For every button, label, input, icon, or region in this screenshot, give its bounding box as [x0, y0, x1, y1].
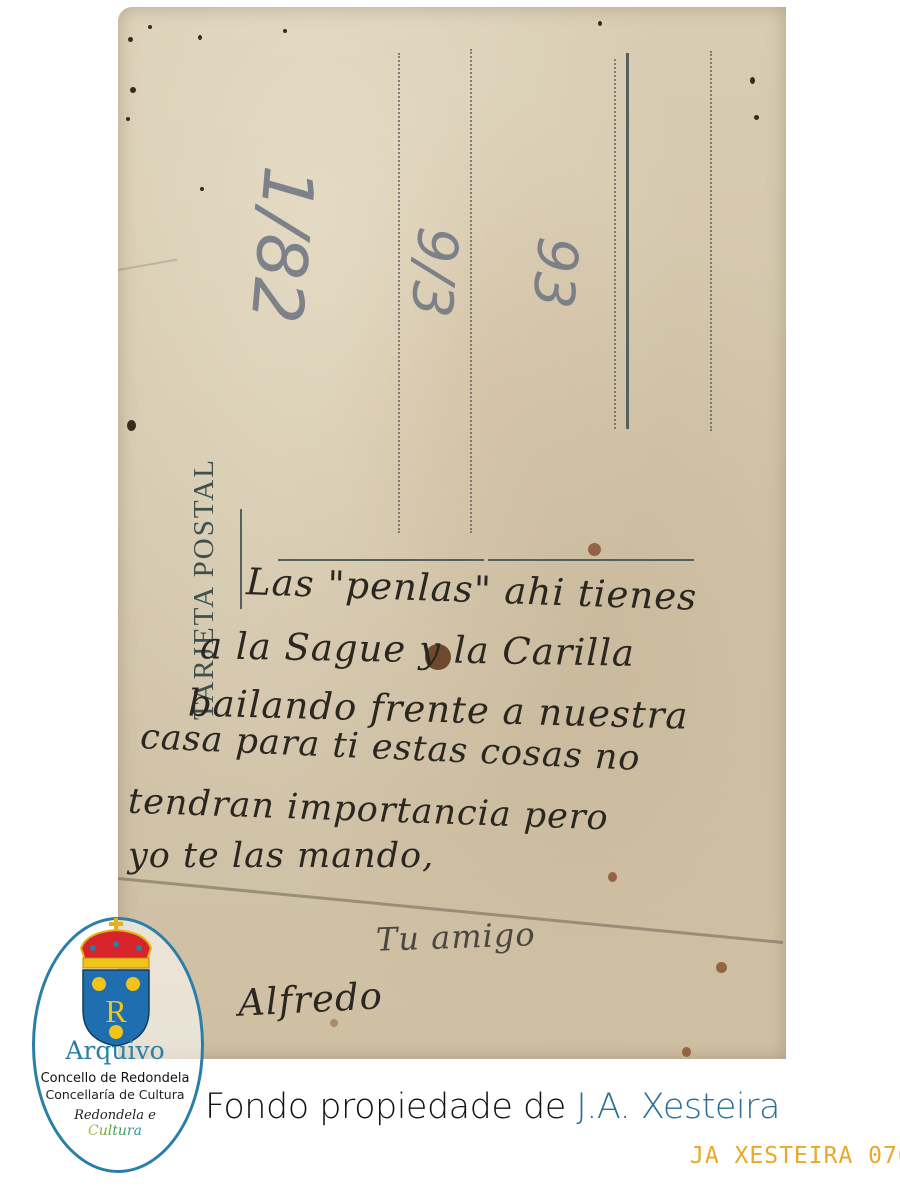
logo-line-2: Concellaría de Cultura	[35, 1087, 195, 1102]
stain	[128, 37, 133, 42]
pencil-annotation: 93	[519, 234, 590, 311]
stain	[148, 25, 152, 29]
svg-text:R: R	[105, 993, 127, 1029]
divider-line	[240, 509, 242, 609]
stain	[126, 117, 130, 121]
logo-line-1: Concello de Redondela	[35, 1071, 195, 1086]
stain	[127, 420, 136, 431]
crease	[118, 259, 177, 271]
credit-prefix: Fondo propiedade de	[205, 1087, 576, 1127]
closing: Tu amigo	[375, 915, 536, 959]
address-line	[488, 559, 694, 561]
rust-spot	[588, 543, 601, 556]
dotted-guide-line	[710, 51, 712, 431]
stain	[283, 29, 287, 33]
logo-title: Arquivo	[35, 1036, 195, 1065]
stain	[598, 21, 602, 26]
rust-spot	[716, 962, 727, 973]
stain	[750, 77, 755, 84]
credit-owner: J.A. Xesteira	[576, 1087, 780, 1127]
signature: Alfredo	[237, 974, 384, 1025]
coat-of-arms-icon: R	[75, 918, 157, 1048]
reference-code: JA XESTEIRA 070	[690, 1143, 900, 1169]
message-line: a la Sague y la Carilla	[200, 624, 636, 675]
logo-tagline-1: Redondela e	[35, 1108, 195, 1123]
address-line	[278, 559, 484, 561]
stain	[200, 187, 204, 191]
logo-tagline-2: Cultura	[35, 1123, 195, 1139]
dotted-guide-line	[470, 49, 472, 533]
stain	[754, 115, 759, 120]
credit-line: Fondo propiedade de J.A. Xesteira	[205, 1087, 780, 1127]
pencil-annotation: 9/3	[397, 224, 470, 319]
rust-spot	[682, 1047, 691, 1057]
rust-spot	[330, 1019, 338, 1027]
rust-spot	[608, 872, 617, 882]
dotted-guide-line	[614, 59, 616, 429]
pencil-annotation: 1/82	[235, 163, 330, 327]
stain	[198, 35, 202, 40]
message-line: yo te las mando,	[128, 836, 434, 876]
stamp-box-line	[626, 53, 629, 429]
stain	[130, 87, 136, 93]
